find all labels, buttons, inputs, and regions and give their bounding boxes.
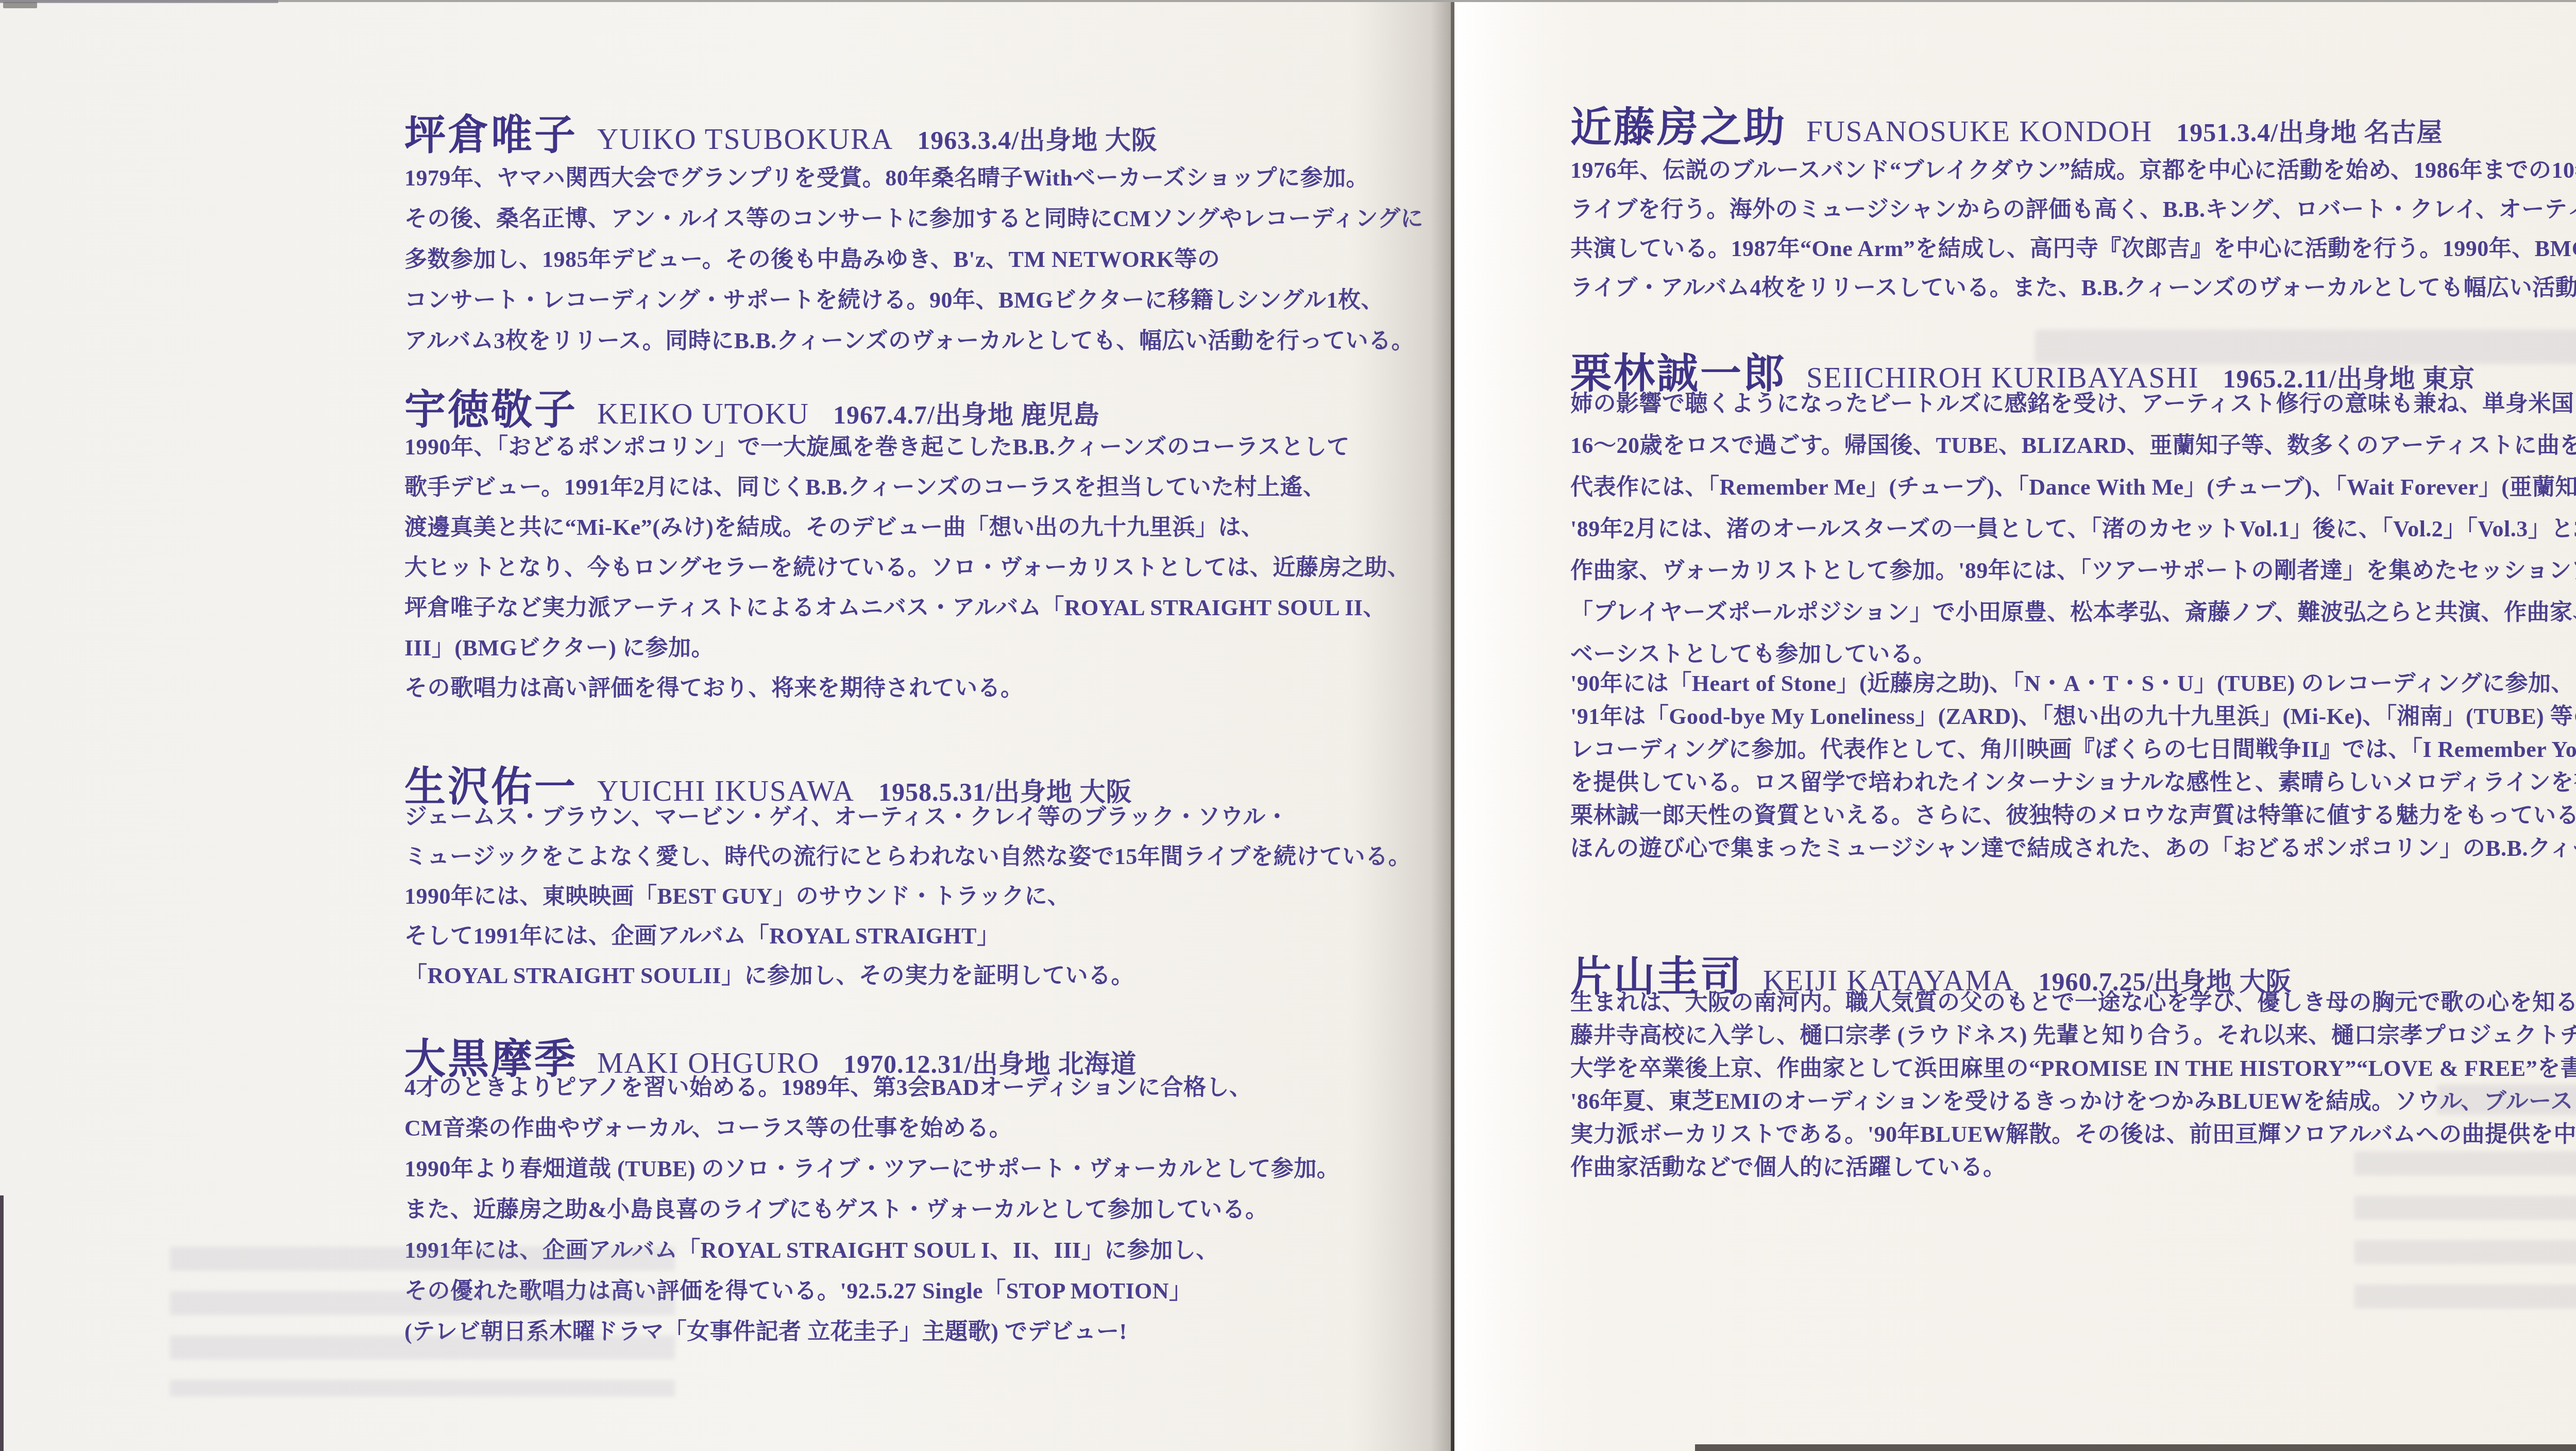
artist-name-kanji: 近藤房之助 — [1570, 107, 1787, 148]
bio-line: 作曲家活動などで個人的に活躍している。 — [1570, 1154, 2006, 1182]
artist-heading: 生沢佑一YUICHI IKUSAWA1958.5.31/出身地 大阪 — [404, 766, 1132, 807]
bio-line: 1990年より春畑道哉 (TUBE) のソロ・ライブ・ツアーにサポート・ヴォーカ… — [404, 1156, 1340, 1183]
artist-name-kanji: 栗林誠一郎 — [1570, 353, 1787, 394]
bio-line: 代表作には、「Remember Me」(チューブ)、「Dance With Me… — [1570, 474, 2576, 501]
bio-line: 大学を卒業後上京、作曲家として浜田麻里の“PROMISE IN THE HIST… — [1570, 1055, 2576, 1083]
bio-line: '86年夏、東芝EMIのオーディションを受けるきっかけをつかみBLUEWを結成。… — [1570, 1088, 2576, 1116]
bio-line: その後、桑名正博、アン・ルイス等のコンサートに参加すると同時にCMソングやレコー… — [404, 206, 1423, 233]
bio-line: 姉の影響で聴くようになったビートルズに感銘を受け、アーティスト修行の意味も兼ね、… — [1570, 391, 2576, 418]
bio-line: 1979年、ヤマハ関西大会でグランプリを受賞。80年桑名晴子Withベーカーズシ… — [404, 165, 1369, 192]
bio-line: '89年2月には、渚のオールスターズの一員として、「渚のカセットVol.1」後に… — [1570, 516, 2576, 543]
booklet-scan: 坪倉唯子YUIKO TSUBOKURA1963.3.4/出身地 大阪1979年、… — [0, 0, 2576, 1451]
page-gutter-line — [1451, 0, 1454, 1451]
artist-name-romaji: FUSANOSUKE KONDOH — [1806, 117, 2153, 146]
artist-birth-info: 1958.5.31/出身地 大阪 — [878, 779, 1132, 805]
gutter-highlight — [1454, 0, 1547, 1451]
bio-line: アルバム3枚をリリース。同時にB.B.クィーンズのヴォーカルとしても、幅広い活動… — [404, 328, 1414, 355]
bio-line: 大ヒットとなり、今もロングセラーを続けている。ソロ・ヴォーカリストとしては、近藤… — [404, 554, 1410, 582]
scan-bottom-edge — [1695, 1444, 2576, 1451]
artist-birth-info: 1963.3.4/出身地 大阪 — [917, 127, 1157, 153]
booklet-right-page: 近藤房之助FUSANOSUKE KONDOH1951.3.4/出身地 名古屋19… — [1454, 0, 2576, 1451]
artist-name-romaji: MAKI OHGURO — [597, 1049, 820, 1078]
gutter-shadow — [1350, 0, 1451, 1451]
bio-line: 「プレイヤーズポールポジション」で小田原豊、松本孝弘、斎藤ノブ、難波弘之らと共演… — [1570, 599, 2576, 627]
artist-name-romaji: SEIICHIROH KURIBAYASHI — [1806, 363, 2199, 393]
artist-birth-info: 1967.4.7/出身地 鹿児島 — [833, 402, 1099, 428]
bio-line: その優れた歌唱力は高い評価を得ている。'92.5.27 Single「STOP … — [404, 1278, 1192, 1305]
bio-line: 4才のときよりピアノを習い始める。1989年、第3会BADオーディションに合格し… — [404, 1074, 1252, 1102]
bio-line: 栗林誠一郎天性の資質といえる。さらに、彼独特のメロウな声質は特筆に値する魅力をも… — [1570, 802, 2576, 830]
artist-birth-info: 1970.12.31/出身地 北海道 — [843, 1051, 1137, 1077]
booklet-left-page: 坪倉唯子YUIKO TSUBOKURA1963.3.4/出身地 大阪1979年、… — [0, 0, 1454, 1451]
bio-line: CM音楽の作曲やヴォーカル、コーラス等の仕事を始める。 — [404, 1115, 1012, 1142]
artist-name-romaji: KEIKO UTOKU — [597, 399, 809, 429]
artist-name-romaji: YUIKO TSUBOKURA — [597, 125, 893, 154]
bio-line: 渡邊真美と共に“Mi-Ke”(みけ)を結成。そのデビュー曲「想い出の九十九里浜」… — [404, 514, 1264, 542]
bio-line: 歌手デビュー。1991年2月には、同じくB.B.クィーンズのコーラスを担当してい… — [404, 474, 1326, 501]
bio-line: 1991年には、企画アルバム「ROYAL STRAIGHT SOUL I、II、… — [404, 1237, 1219, 1264]
bio-line: レコーディングに参加。代表作として、角川映画『ぼくらの七日間戦争II』では、「I… — [1570, 736, 2576, 764]
bio-line: 作曲家、ヴォーカリストとして参加。'89年には、「ツアーサポートの剛者達」を集め… — [1570, 558, 2576, 585]
bio-line: ライブを行う。海外のミュージシャンからの評価も高く、B.B.キング、ロバート・ク… — [1570, 196, 2576, 224]
artist-name-romaji: YUICHI IKUSAWA — [597, 777, 855, 806]
scan-top-edge — [0, 0, 2576, 2]
bio-line: 生まれは、大阪の南河内。職人気質の父のもとで一途な心を学び、優しき母の胸元で歌の… — [1570, 989, 2576, 1017]
bio-line: ジェームス・ブラウン、マービン・ゲイ、オーティス・クレイ等のブラック・ソウル・ — [404, 804, 1289, 831]
artist-heading: 栗林誠一郎SEIICHIROH KURIBAYASHI1965.2.11/出身地… — [1570, 353, 2475, 394]
bio-line: ベーシストとしても参加している。 — [1570, 641, 1936, 668]
artist-heading: 近藤房之助FUSANOSUKE KONDOH1951.3.4/出身地 名古屋 — [1570, 107, 2443, 148]
bio-line: '90年には「Heart of Stone」(近藤房之助)、「N・A・T・S・U… — [1570, 670, 2574, 698]
artist-name-kanji: 宇徳敬子 — [404, 389, 578, 430]
bio-line: 実力派ボーカリストである。'90年BLUEW解散。その後は、前田亘輝ソロアルバム… — [1570, 1121, 2576, 1149]
bio-line: ほんの遊び心で集まったミュージシャン達で結成された、あの「おどるポンポコリン」の… — [1570, 835, 2576, 863]
bio-line: III」(BMGビクター) に参加。 — [404, 635, 714, 662]
bio-line: (テレビ朝日系木曜ドラマ「女事件記者 立花圭子」主題歌) でデビュー! — [404, 1319, 1127, 1346]
scan-corner-mark — [3, 2, 37, 8]
artist-name-kanji: 大黒摩季 — [404, 1038, 578, 1079]
bio-line: 多数参加し、1985年デビュー。その後も中島みゆき、B'z、TM NETWORK… — [404, 246, 1220, 274]
bio-line: コンサート・レコーディング・サポートを続ける。90年、BMGビクターに移籍しシン… — [404, 287, 1384, 314]
artist-heading: 坪倉唯子YUIKO TSUBOKURA1963.3.4/出身地 大阪 — [404, 114, 1158, 156]
bio-line: その歌唱力は高い評価を得ており、将来を期待されている。 — [404, 675, 1024, 702]
artist-name-kanji: 生沢佑一 — [404, 766, 578, 807]
artist-birth-info: 1951.3.4/出身地 名古屋 — [2176, 120, 2443, 145]
bio-line: を提供している。ロス留学で培われたインターナショナルな感性と、素晴らしいメロディ… — [1570, 769, 2576, 797]
artist-birth-info: 1965.2.11/出身地 東京 — [2223, 366, 2475, 392]
bio-line: '91年は「Good-bye My Loneliness」(ZARD)、「想い出… — [1570, 703, 2576, 731]
bio-line: 1976年、伝説のブルースバンド“ブレイクダウン”結成。京都を中心に活動を始め、… — [1570, 157, 2576, 184]
bio-line: 藤井寺高校に入学し、樋口宗孝 (ラウドネス) 先輩と知り合う。それ以来、樋口宗孝… — [1570, 1022, 2576, 1050]
artist-heading: 宇徳敬子KEIKO UTOKU1967.4.7/出身地 鹿児島 — [404, 389, 1099, 430]
bio-line: 坪倉唯子など実力派アーティストによるオムニバス・アルバム「ROYAL STRAI… — [404, 595, 1386, 622]
bio-line: そして1991年には、企画アルバム「ROYAL STRAIGHT」 — [404, 923, 999, 950]
artist-heading: 大黒摩季MAKI OHGURO1970.12.31/出身地 北海道 — [404, 1038, 1137, 1079]
bio-line: 1990年、「おどるポンポコリン」で一大旋風を巻き起こしたB.B.クィーンズのコ… — [404, 434, 1350, 461]
bio-line: ライブ・アルバム4枚をリリースしている。また、B.B.クィーンズのヴォーカルとし… — [1570, 275, 2576, 302]
bio-line: 「ROYAL STRAIGHT SOULII」に参加し、その実力を証明している。 — [404, 963, 1134, 990]
scan-left-edge — [0, 1195, 4, 1451]
artist-name-kanji: 坪倉唯子 — [404, 114, 578, 156]
bio-line: 共演している。1987年“One Arm”を結成し、高円寺『次郎吉』を中心に活動… — [1570, 235, 2576, 263]
bio-line: 16〜20歳をロスで過ごす。帰国後、TUBE、BLIZARD、亜蘭知子等、数多く… — [1570, 432, 2576, 460]
bio-line: ミュージックをこよなく愛し、時代の流行にとらわれない自然な姿で15年間ライブを続… — [404, 843, 1411, 871]
bio-line: 1990年には、東映映画「BEST GUY」のサウンド・トラックに、 — [404, 883, 1071, 910]
scan-top-edge-left — [0, 0, 278, 3]
bio-line: また、近藤房之助&小島良喜のライブにもゲスト・ヴォーカルとして参加している。 — [404, 1196, 1268, 1224]
